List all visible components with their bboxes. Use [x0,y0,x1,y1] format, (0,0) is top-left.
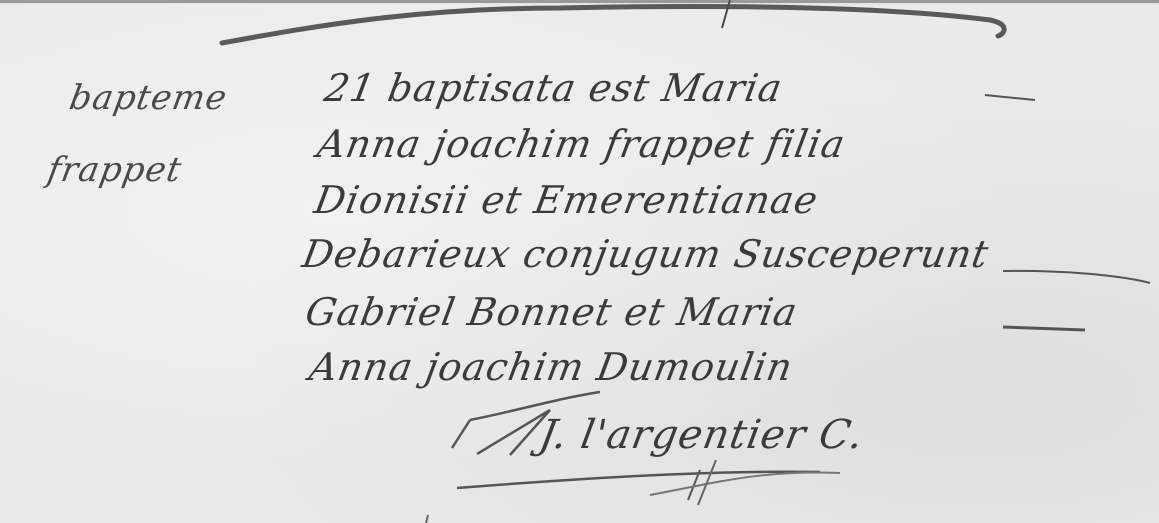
document-page: bapteme frappet 21 baptisata est Maria A… [0,0,1159,523]
entry-line-3: Dionisii et Emerentianae [311,178,822,222]
entry-line-6: Anna joachim Dumoulin [306,345,796,389]
margin-note-bapteme: bapteme [66,78,230,118]
margin-note-surname: frappet [44,150,184,190]
entry-line-4: Debarieux conjugum Susceperunt [299,232,992,276]
entry-line-2: Anna joachim frappet filia [314,122,849,166]
entry-line-5: Gabriel Bonnet et Maria [302,290,801,334]
priest-signature: J. l'argentier C. [536,412,868,458]
page-top-edge [0,0,1159,3]
entry-line-1: 21 baptisata est Maria [321,66,786,110]
